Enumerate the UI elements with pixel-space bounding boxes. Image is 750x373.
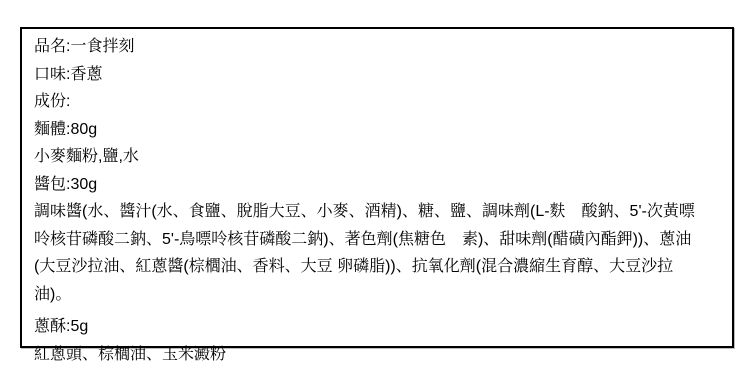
scallion-crisp-ingredients-line: 紅蔥頭、棕櫚油、玉米澱粉	[34, 341, 706, 369]
noodle-section: 麵體:80g 小麥麵粉,鹽,水	[34, 116, 706, 171]
ingredients-heading: 成份:	[34, 88, 706, 116]
flavor-line: 口味:香蔥	[34, 61, 706, 89]
scallion-crisp-weight-line: 蔥酥:5g	[34, 313, 706, 341]
noodle-weight-line: 麵體:80g	[34, 116, 706, 144]
product-name-line: 品名:一食拌刻	[34, 33, 706, 61]
scallion-crisp-section: 蔥酥:5g 紅蔥頭、棕櫚油、玉米澱粉	[34, 313, 706, 368]
sauce-section: 醬包:30g 調味醬(水、醬汁(水、食鹽、脫脂大豆、小麥、酒精)、糖、鹽、調味劑…	[34, 171, 706, 309]
sauce-weight-line: 醬包:30g	[34, 171, 706, 199]
sauce-ingredients-paragraph: 調味醬(水、醬汁(水、食鹽、脫脂大豆、小麥、酒精)、糖、鹽、調味劑(L-麩 酸鈉…	[34, 198, 706, 308]
noodle-ingredients-line: 小麥麵粉,鹽,水	[34, 143, 706, 171]
product-label-box: 品名:一食拌刻 口味:香蔥 成份: 麵體:80g 小麥麵粉,鹽,水 醬包:30g…	[20, 27, 734, 348]
